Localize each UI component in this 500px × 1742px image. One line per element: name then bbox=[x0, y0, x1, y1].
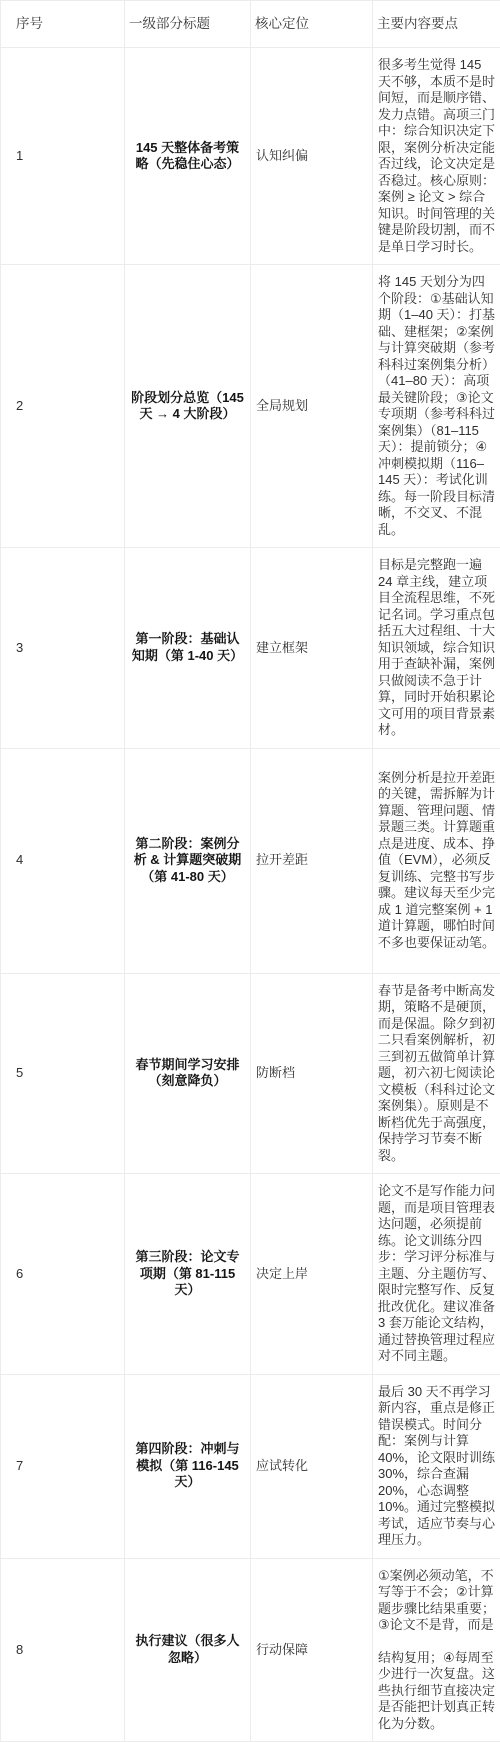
content-paragraph: 春节是备考中断高发期，策略不是硬顶，而是保温。除夕到初二只看案例解析，初三到初五… bbox=[378, 983, 497, 1165]
content-points: 案例分析是拉开差距的关键，需拆解为计算题、管理问题、情景题三类。计算题重点是进度… bbox=[373, 748, 500, 973]
section-title: 阶段划分总览（145 天 → 4 大阶段） bbox=[125, 265, 251, 548]
study-plan-table: 序号 一级部分标题 核心定位 主要内容要点 1145 天整体备考策略（先稳住心态… bbox=[0, 0, 500, 1742]
row-number: 1 bbox=[1, 48, 125, 265]
section-title: 执行建议（很多人忽略） bbox=[125, 1558, 251, 1742]
content-paragraph: 目标是完整跑一遍 24 章主线，建立项目全流程思维，不死记名词。学习重点包括五大… bbox=[378, 557, 497, 739]
table-row: 8执行建议（很多人忽略）行动保障①案例必须动笔，不写等于不会；②计算题步骤比结果… bbox=[1, 1558, 500, 1742]
table-row: 3第一阶段：基础认知期（第 1-40 天）建立框架目标是完整跑一遍 24 章主线… bbox=[1, 548, 500, 749]
row-number: 3 bbox=[1, 548, 125, 749]
content-paragraph: 最后 30 天不再学习新内容，重点是修正错误模式。时间分配：案例与计算 40%，… bbox=[378, 1384, 497, 1549]
table-row: 1145 天整体备考策略（先稳住心态）认知纠偏很多考生觉得 145 天不够，本质… bbox=[1, 48, 500, 265]
table-row: 4第二阶段：案例分析 & 计算题突破期 （第 41-80 天）拉开差距案例分析是… bbox=[1, 748, 500, 973]
section-title: 第二阶段：案例分析 & 计算题突破期 （第 41-80 天） bbox=[125, 748, 251, 973]
section-title: 第一阶段：基础认知期（第 1-40 天） bbox=[125, 548, 251, 749]
content-paragraph: 结构复用；④每周至少进行一次复盘。这些执行细节直接决定是否能把计划真正转化为分数… bbox=[378, 1650, 497, 1733]
core-position: 认知纠偏 bbox=[251, 48, 373, 265]
table-row: 6第三阶段：论文专项期（第 81-115 天）决定上岸论文不是写作能力问题，而是… bbox=[1, 1174, 500, 1375]
content-points: 很多考生觉得 145 天不够，本质不是时间短，而是顺序错、发力点错。高项三门中：… bbox=[373, 48, 500, 265]
content-points: ①案例必须动笔，不写等于不会；②计算题步骤比结果重要；③论文不是背，而是结构复用… bbox=[373, 1558, 500, 1742]
table-row: 5春节期间学习安排（刻意降负）防断档春节是备考中断高发期，策略不是硬顶，而是保温… bbox=[1, 973, 500, 1174]
content-points: 将 145 天划分为四个阶段：①基础认知期（1–40 天）：打基础、建框架；②案… bbox=[373, 265, 500, 548]
content-points: 春节是备考中断高发期，策略不是硬顶，而是保温。除夕到初二只看案例解析，初三到初五… bbox=[373, 973, 500, 1174]
row-number: 8 bbox=[1, 1558, 125, 1742]
core-position: 行动保障 bbox=[251, 1558, 373, 1742]
table-body: 1145 天整体备考策略（先稳住心态）认知纠偏很多考生觉得 145 天不够，本质… bbox=[1, 48, 500, 1742]
header-cell-content: 主要内容要点 bbox=[373, 1, 500, 48]
table-row: 2阶段划分总览（145 天 → 4 大阶段）全局规划将 145 天划分为四个阶段… bbox=[1, 265, 500, 548]
content-points: 目标是完整跑一遍 24 章主线，建立项目全流程思维，不死记名词。学习重点包括五大… bbox=[373, 548, 500, 749]
core-position: 应试转化 bbox=[251, 1374, 373, 1558]
header-cell-title: 一级部分标题 bbox=[125, 1, 251, 48]
content-paragraph: 将 145 天划分为四个阶段：①基础认知期（1–40 天）：打基础、建框架；②案… bbox=[378, 274, 497, 538]
row-number: 2 bbox=[1, 265, 125, 548]
section-title: 春节期间学习安排（刻意降负） bbox=[125, 973, 251, 1174]
content-paragraph: 案例分析是拉开差距的关键，需拆解为计算题、管理问题、情景题三类。计算题重点是进度… bbox=[378, 770, 497, 952]
row-number: 4 bbox=[1, 748, 125, 973]
section-title: 第三阶段：论文专项期（第 81-115 天） bbox=[125, 1174, 251, 1375]
content-paragraph: ①案例必须动笔，不写等于不会；②计算题步骤比结果重要；③论文不是背，而是 bbox=[378, 1568, 497, 1634]
row-number: 6 bbox=[1, 1174, 125, 1375]
content-paragraph: 论文不是写作能力问题，而是项目管理表达问题，必须提前练。论文训练分四步：学习评分… bbox=[378, 1183, 497, 1365]
table-row: 7第四阶段：冲刺与模拟（第 116-145 天）应试转化最后 30 天不再学习新… bbox=[1, 1374, 500, 1558]
core-position: 建立框架 bbox=[251, 548, 373, 749]
header-cell-number: 序号 bbox=[1, 1, 125, 48]
section-title: 第四阶段：冲刺与模拟（第 116-145 天） bbox=[125, 1374, 251, 1558]
core-position: 防断档 bbox=[251, 973, 373, 1174]
section-title: 145 天整体备考策略（先稳住心态） bbox=[125, 48, 251, 265]
content-paragraph: 很多考生觉得 145 天不够，本质不是时间短，而是顺序错、发力点错。高项三门中：… bbox=[378, 57, 497, 255]
row-number: 7 bbox=[1, 1374, 125, 1558]
header-cell-core: 核心定位 bbox=[251, 1, 373, 48]
row-number: 5 bbox=[1, 973, 125, 1174]
table-header: 序号 一级部分标题 核心定位 主要内容要点 bbox=[1, 1, 500, 48]
core-position: 全局规划 bbox=[251, 265, 373, 548]
core-position: 决定上岸 bbox=[251, 1174, 373, 1375]
content-points: 论文不是写作能力问题，而是项目管理表达问题，必须提前练。论文训练分四步：学习评分… bbox=[373, 1174, 500, 1375]
header-row: 序号 一级部分标题 核心定位 主要内容要点 bbox=[1, 1, 500, 48]
core-position: 拉开差距 bbox=[251, 748, 373, 973]
content-points: 最后 30 天不再学习新内容，重点是修正错误模式。时间分配：案例与计算 40%，… bbox=[373, 1374, 500, 1558]
